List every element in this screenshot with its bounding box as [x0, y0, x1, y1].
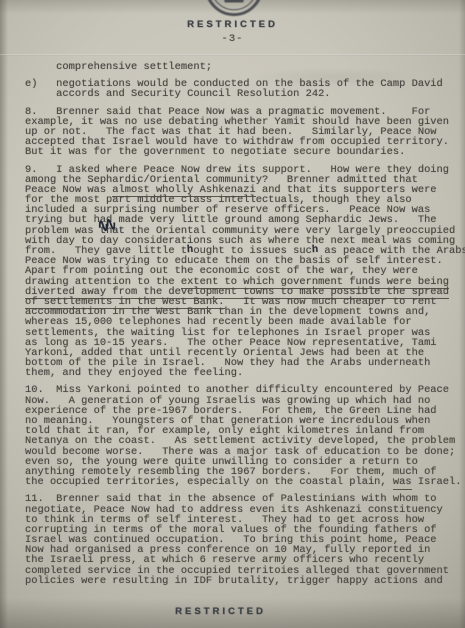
text-segment: comprehensive settlement;: [25, 61, 212, 73]
text-segment: h: [312, 245, 319, 256]
document-line: comprehensive settlement;: [25, 62, 463, 72]
carryover-subitem: comprehensive settlement;: [25, 62, 463, 72]
document-line: them, and they enjoyed the feeling.: [25, 368, 463, 378]
classification-stamp-bottom: RESTRICTED: [0, 606, 453, 617]
page-number: -3-: [0, 33, 465, 45]
document-line: But it was for the government to negotia…: [25, 147, 463, 157]
text-segment: that: [100, 226, 125, 236]
paragraph-10: 10. Miss Yarkoni pointed to another diff…: [25, 385, 463, 487]
paragraph-9: 9. I asked where Peace Now drew its supp…: [25, 165, 463, 379]
document-body: comprehensive settlement;e) negotiations…: [25, 62, 463, 593]
text-segment: was: [393, 476, 412, 490]
document-photo: RESTRICTED -3- comprehensive settlement;…: [0, 0, 465, 628]
document-line: policies were resulting in IDF brutality…: [25, 576, 463, 586]
text-segment: But it was for the government to negotia…: [25, 146, 405, 158]
text-segment: h: [187, 245, 194, 256]
crest-stamp-icon: [203, 0, 265, 19]
text-segment: accords and Security Council Resolution …: [25, 88, 331, 100]
text-segment: policies were resulting in IDF brutality…: [25, 575, 443, 587]
text-segment: the occupied territories, especially on …: [25, 476, 393, 488]
classification-stamp-top: RESTRICTED: [0, 19, 465, 30]
text-segment: them, and they enjoyed the feeling.: [25, 367, 243, 379]
text-segment: Israel.: [412, 476, 462, 488]
document-line: the occupied territories, especially on …: [25, 477, 463, 487]
paper-crease: [0, 54, 465, 56]
document-line: accords and Security Council Resolution …: [25, 89, 463, 99]
paragraph-11: 11. Brenner said that in the absence of …: [25, 494, 463, 586]
subitem-e: e) negotiations would be conducted on th…: [25, 79, 463, 99]
paragraph-8: 8. Brenner said that Peace Now was a pra…: [25, 107, 463, 158]
